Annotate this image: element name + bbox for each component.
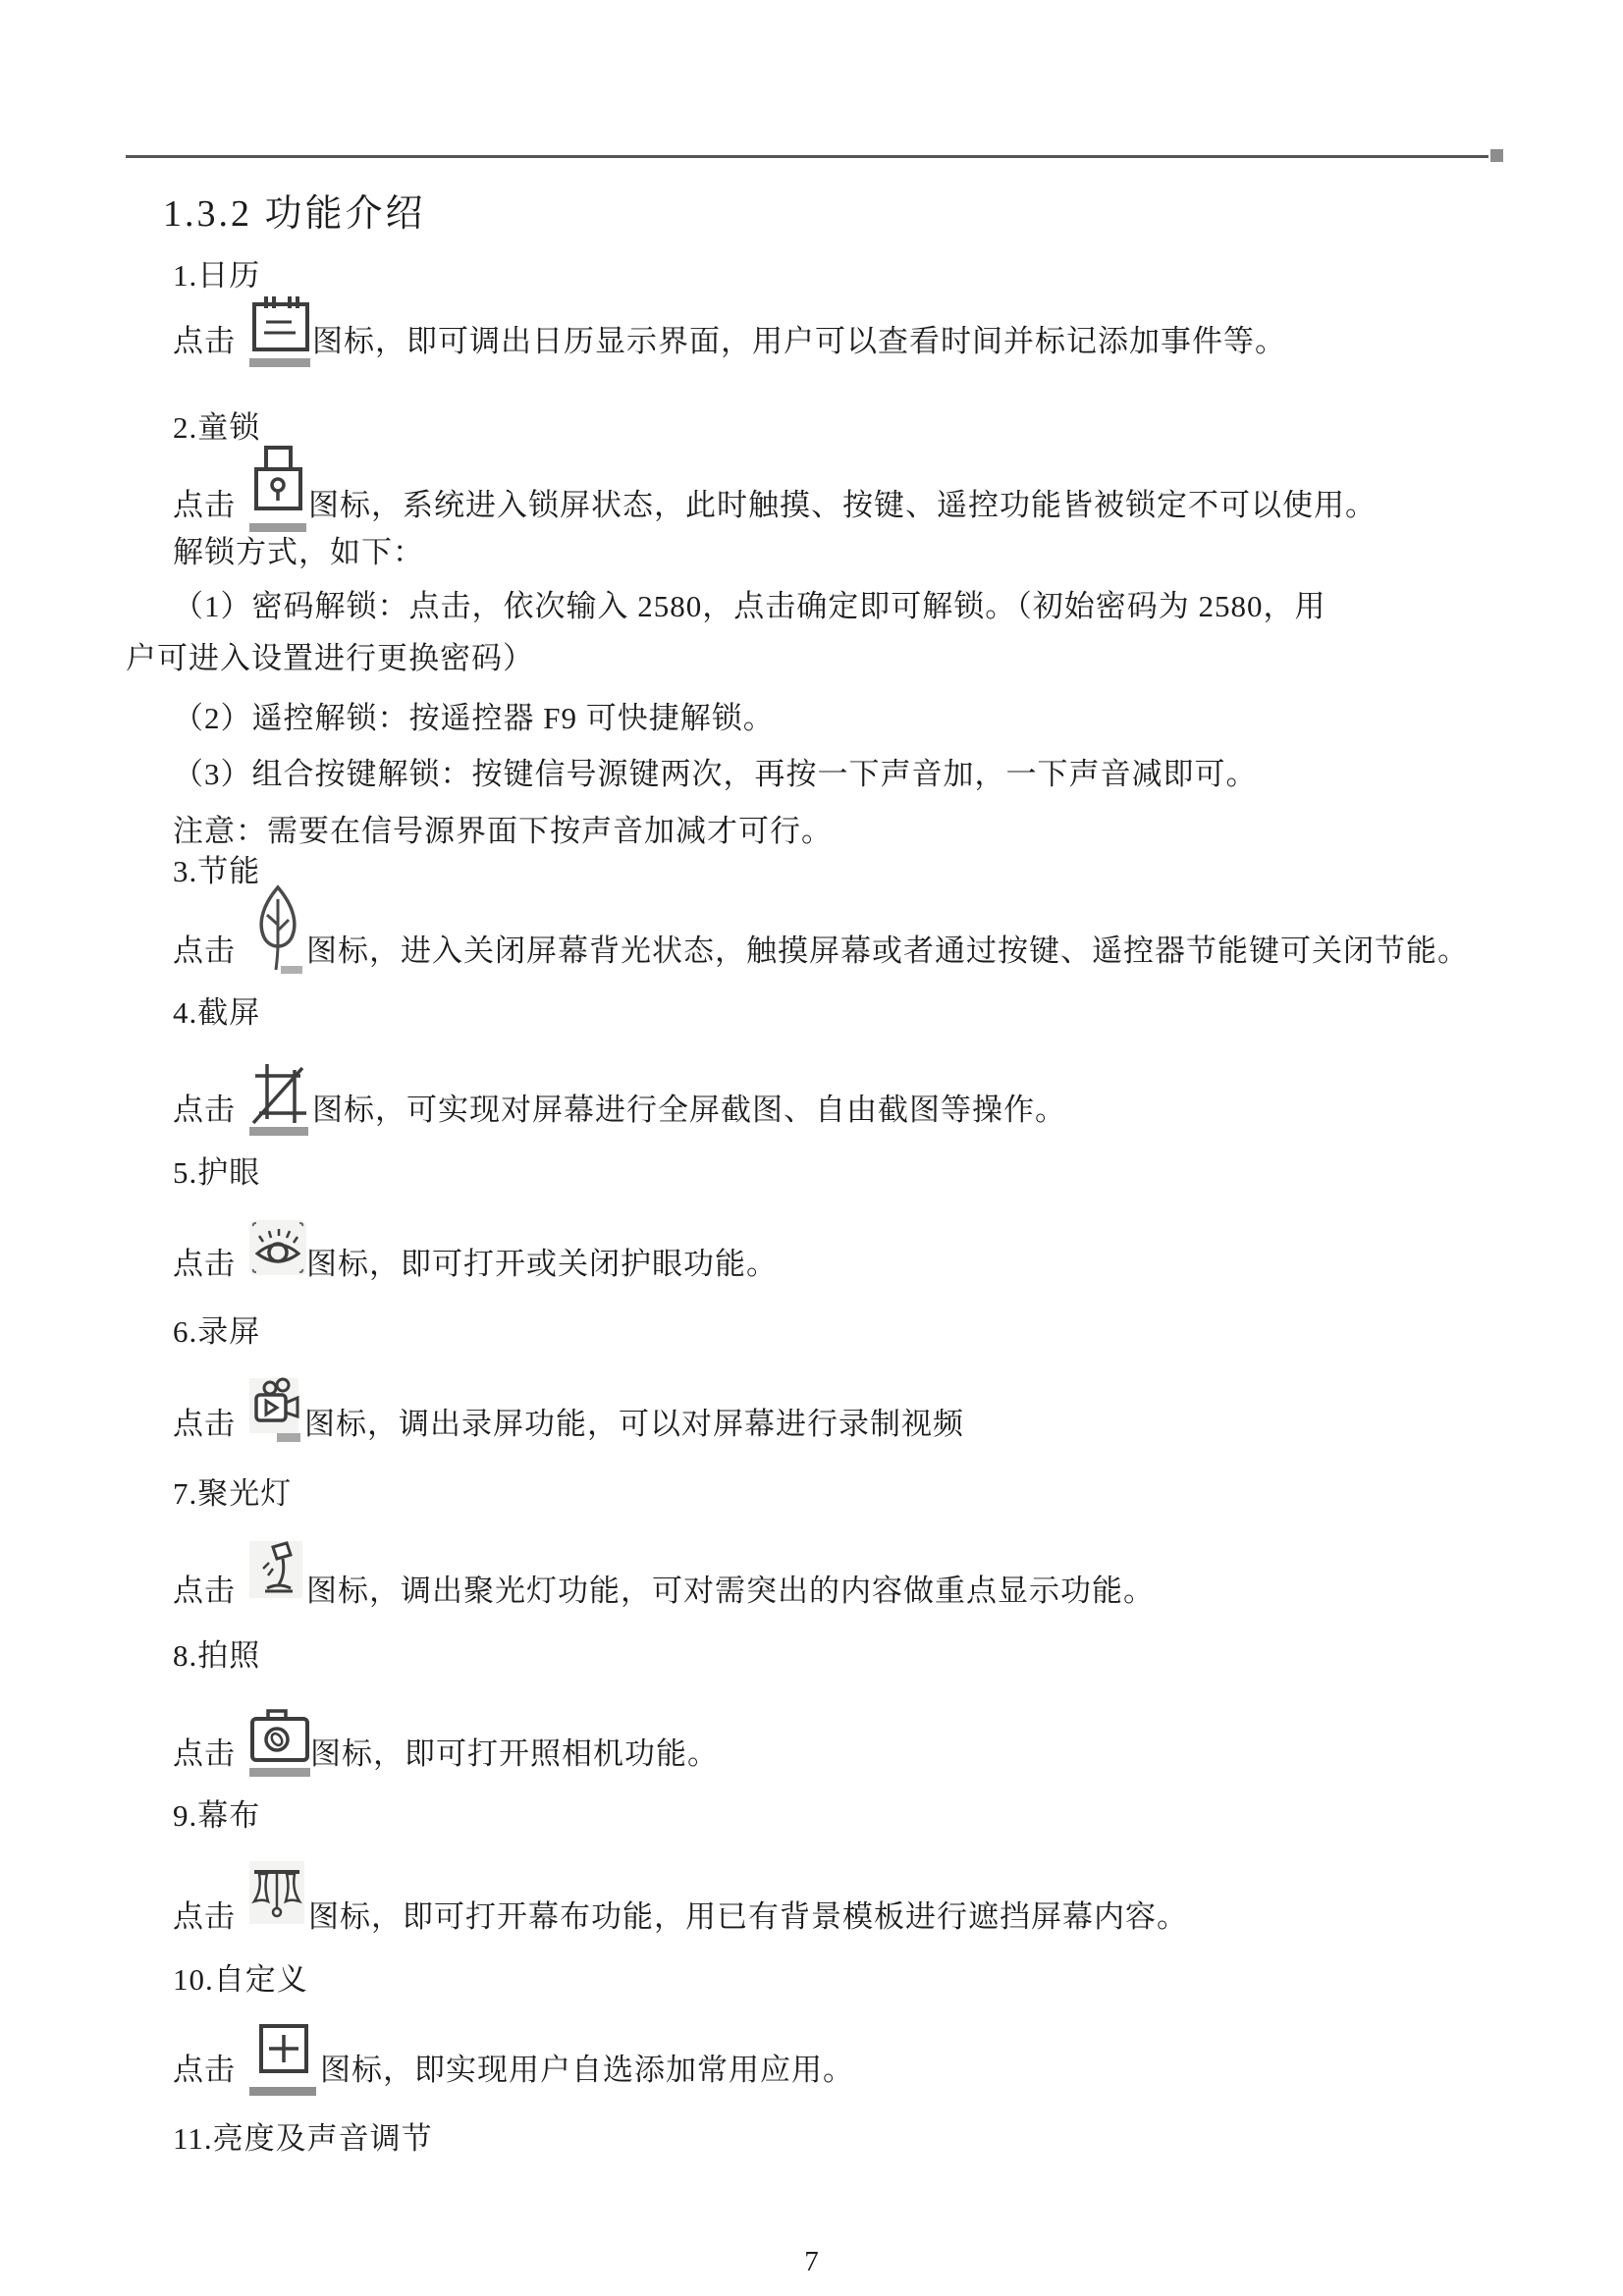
click-label: 点击 — [173, 487, 236, 524]
screen-record-icon — [249, 1372, 304, 1443]
item-text-2: 图标，系统进入锁屏状态，此时触摸、按键、遥控功能皆被锁定不可以使用。 — [308, 487, 1377, 524]
curtain-icon — [249, 1861, 308, 1928]
click-label: 点击 — [173, 1406, 236, 1443]
unlock-method-1-line-1: （1）密码解锁：点击，依次输入 2580，点击确定即可解锁。（初始密码为 258… — [173, 588, 1326, 625]
item-heading-1: 1.日历 — [173, 257, 260, 294]
item-text-10: 图标，即实现用户自选添加常用应用。 — [320, 2052, 854, 2089]
item-heading-6: 6.录屏 — [173, 1313, 260, 1351]
item-heading-2: 2.童锁 — [173, 409, 260, 447]
section-title: 1.3.2 功能介绍 — [163, 183, 426, 237]
item-text-9: 图标，即可打开幕布功能，用已有背景模板进行遮挡屏幕内容。 — [308, 1898, 1188, 1936]
calendar-icon — [249, 294, 312, 368]
item-line-5: 点击 图标，即可打开或关闭护眼功能。 — [173, 1220, 778, 1283]
screenshot-crop-icon — [249, 1062, 312, 1137]
item-line-3: 点击 图标，进入关闭屏幕背光状态，触摸屏幕或者通过按键、遥控器节能键可关闭节能。 — [173, 881, 1469, 976]
header-rule-endcap — [1490, 149, 1503, 162]
energy-leaf-icon — [249, 881, 306, 976]
item-line-8: 点击 图标，即可打开照相机功能。 — [173, 1704, 719, 1779]
item-text-1: 图标，即可调出日历显示界面，用户可以查看时间并标记添加事件等。 — [312, 323, 1286, 360]
item-line-1: 点击 图标，即可调出日历显示界面，用户可以查看时间并标记添加事件等。 — [173, 294, 1286, 368]
item-heading-11: 11.亮度及声音调节 — [173, 2120, 433, 2158]
item-line-10: 点击 图标，即实现用户自选添加常用应用。 — [173, 2022, 854, 2099]
click-label: 点击 — [173, 933, 236, 970]
click-label: 点击 — [173, 1246, 236, 1283]
item-line-9: 点击 图标，即可打开幕布功能，用已有背景模板进行遮挡屏幕内容。 — [173, 1861, 1188, 1936]
header-rule — [126, 155, 1488, 158]
child-lock-icon — [249, 444, 308, 534]
item-heading-7: 7.聚光灯 — [173, 1475, 292, 1513]
click-label: 点击 — [173, 1735, 236, 1773]
item-heading-4: 4.截屏 — [173, 994, 260, 1032]
page-number: 7 — [0, 2246, 1623, 2278]
add-custom-icon — [249, 2022, 320, 2099]
unlock-note: 注意：需要在信号源界面下按声音加减才可行。 — [173, 813, 833, 850]
document-page: 1.3.2 功能介绍 1.日历 点击 图标，即可调出日历显示界面，用户可以查看时… — [0, 0, 1623, 2296]
unlock-method-3: （3）组合按键解锁：按键信号源键两次，再按一下声音加，一下声音减即可。 — [173, 756, 1258, 793]
eye-protection-icon — [249, 1220, 306, 1275]
click-label: 点击 — [173, 323, 236, 360]
unlock-method-1-line-2: 户可进入设置进行更换密码） — [126, 640, 534, 677]
click-label: 点击 — [173, 1092, 236, 1129]
unlock-method-2: （2）遥控解锁：按遥控器 F9 可快捷解锁。 — [173, 700, 775, 737]
item-line-6: 点击 图标，调出录屏功能，可以对屏幕进行录制视频 — [173, 1372, 964, 1443]
item-text-3: 图标，进入关闭屏幕背光状态，触摸屏幕或者通过按键、遥控器节能键可关闭节能。 — [306, 933, 1469, 970]
item-text-7: 图标，调出聚光灯功能，可对需突出的内容做重点显示功能。 — [306, 1573, 1155, 1610]
item-text-5: 图标，即可打开或关闭护眼功能。 — [306, 1246, 778, 1283]
item-text-8: 图标，即可打开照相机功能。 — [310, 1735, 719, 1773]
item-text-4: 图标，可实现对屏幕进行全屏截图、自由截图等操作。 — [312, 1092, 1066, 1129]
click-label: 点击 — [173, 1898, 236, 1936]
item-line-4: 点击 图标，可实现对屏幕进行全屏截图、自由截图等操作。 — [173, 1062, 1066, 1137]
click-label: 点击 — [173, 1573, 236, 1610]
item-heading-5: 5.护眼 — [173, 1154, 260, 1192]
item-heading-8: 8.拍照 — [173, 1637, 260, 1675]
camera-icon — [249, 1704, 310, 1779]
item-heading-9: 9.幕布 — [173, 1797, 260, 1835]
click-label: 点击 — [173, 2052, 236, 2089]
item-heading-10: 10.自定义 — [173, 1961, 308, 1999]
item-line-2: 点击 图标，系统进入锁屏状态，此时触摸、按键、遥控功能皆被锁定不可以使用。 — [173, 444, 1377, 534]
spotlight-icon — [249, 1541, 306, 1602]
unlock-methods-line: 解锁方式，如下： — [173, 534, 424, 571]
item-text-6: 图标，调出录屏功能，可以对屏幕进行录制视频 — [304, 1406, 964, 1443]
item-line-7: 点击 图标，调出聚光灯功能，可对需突出的内容做重点显示功能。 — [173, 1541, 1155, 1610]
